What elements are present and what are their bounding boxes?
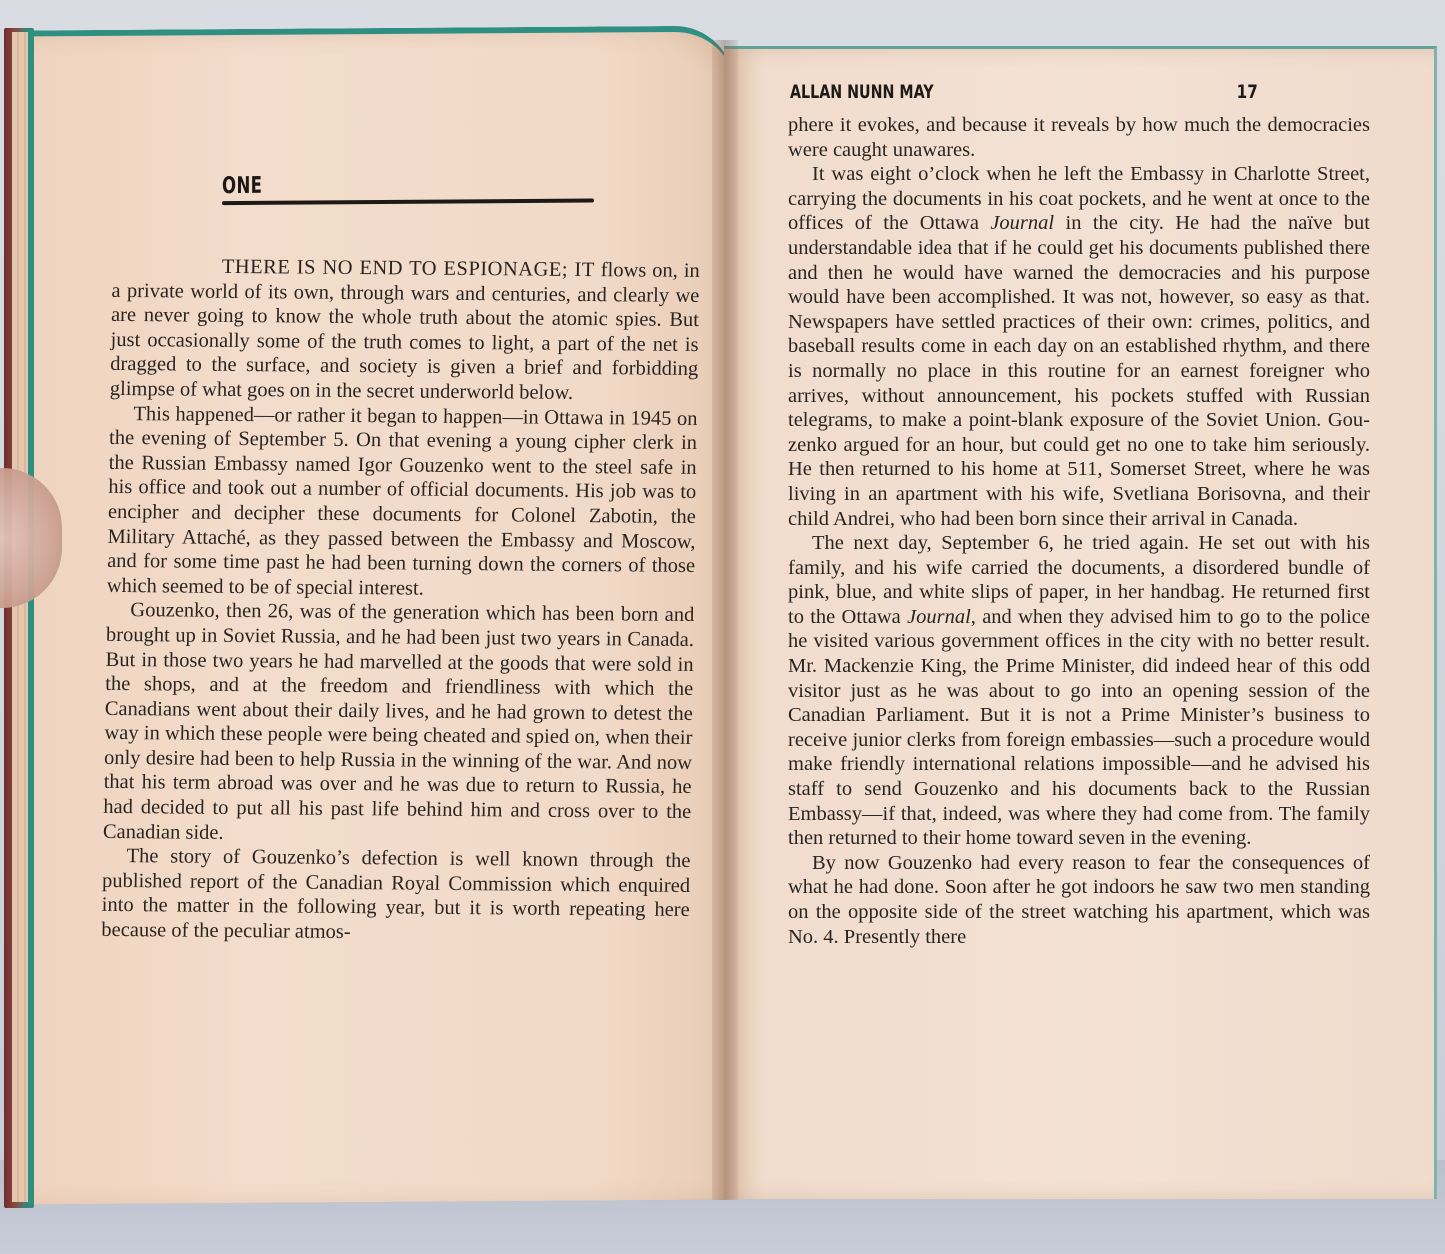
left-page-body: THERE IS NO END TO ESPIONAGE; IT flows o…	[101, 254, 700, 948]
italic-title: Journal	[990, 212, 1054, 234]
paragraph: phere it evokes, and because it reveals …	[788, 113, 1370, 162]
chapter-rule	[222, 199, 594, 206]
paragraph: This happened—or rather it began to happ…	[107, 401, 698, 603]
running-head: ALLAN NUNN MAY 17	[790, 81, 1260, 103]
paragraph: THERE IS NO END TO ESPIONAGE; IT flows o…	[110, 254, 700, 407]
page-number: 17	[1236, 81, 1257, 103]
italic-title: Journal	[907, 606, 971, 628]
chapter-label: ONE	[222, 173, 262, 199]
paragraph: By now Gouzenko had every reason to fear…	[788, 851, 1370, 949]
chapter-heading: ONE	[222, 171, 594, 206]
right-page: ALLAN NUNN MAY 17 phere it evokes, and b…	[724, 46, 1437, 1199]
paragraph: The next day, September 6, he tried agai…	[788, 531, 1370, 851]
running-title: ALLAN NUNN MAY	[790, 81, 934, 103]
paragraph: Gouzenko, then 26, was of the generation…	[103, 598, 695, 849]
left-page: ONE THERE IS NO END TO ESPIONAGE; IT flo…	[28, 26, 734, 1205]
book-gutter	[712, 40, 738, 1200]
opening-caps: THERE IS NO END TO ESPIONAGE; IT	[222, 256, 595, 281]
right-page-body: phere it evokes, and because it reveals …	[788, 113, 1370, 949]
paragraph: It was eight o’clock when he left the Em…	[788, 162, 1370, 531]
paragraph: The story of Gouzenko’s defection is wel…	[101, 844, 690, 948]
